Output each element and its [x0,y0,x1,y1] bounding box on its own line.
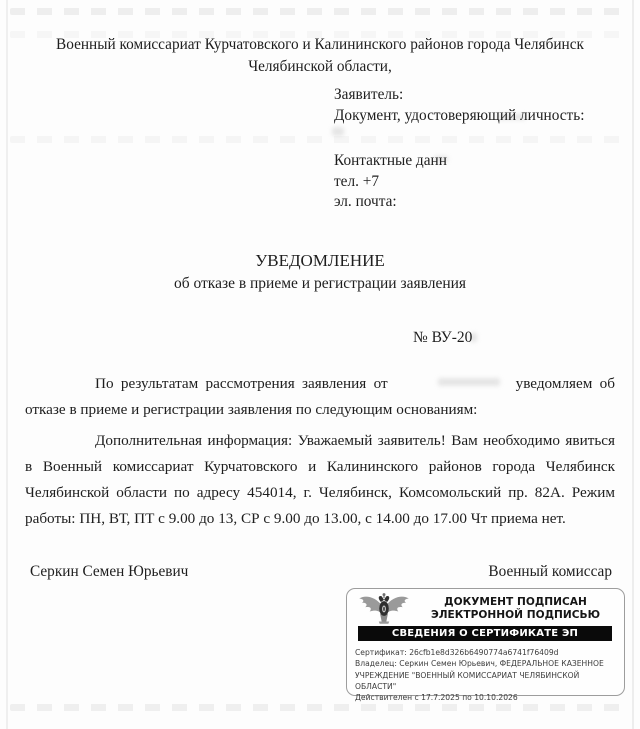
stamp-cert-header: СВЕДЕНИЯ О СЕРТИФИКАТЕ ЭП [358,626,612,641]
mod-eagle-emblem-icon [355,592,413,625]
notice-title: УВЕДОМЛЕНИЕ [0,249,640,272]
org-header: Военный комиссариат Курчатовского и Кали… [30,34,610,78]
redacted-date-gap [388,387,516,388]
contacts-label: Контактные данн [334,151,447,172]
applicant-block: Заявитель: Документ, удостоверяющий личн… [334,84,584,126]
signatory-position: Военный комиссар [488,563,612,581]
org-header-line1: Военный комиссариат Курчатовского и Кали… [30,34,610,56]
electronic-signature-stamp: ДОКУМЕНТ ПОДПИСАН ЭЛЕКТРОННОЙ ПОДПИСЬЮ С… [346,588,625,696]
applicant-label: Заявитель: [334,84,584,105]
stamp-certificate-number: Сертификат: 26cfb1e8d326b6490774a6741f76… [355,647,616,658]
scan-artifact-band-bottom [10,704,630,711]
stamp-details: Сертификат: 26cfb1e8d326b6490774a6741f76… [347,641,624,703]
body-paragraph-1: По результатам рассмотрения заявления от… [25,371,615,423]
scan-edge-right [632,0,634,729]
signatory-name: Серкин Семен Юрьевич [30,563,188,581]
scan-artifact-band-top [10,8,630,15]
stamp-owner-line2: УЧРЕЖДЕНИЕ "ВОЕННЫЙ КОМИССАРИАТ ЧЕЛЯБИНС… [355,670,616,693]
contact-email: эл. почта: [334,192,447,213]
p1-text-before-redaction: По результатам рассмотрения заявления от [95,375,388,392]
identity-doc-label: Документ, удостоверяющий личность: [334,105,584,126]
contact-phone: тел. +7 [334,172,447,193]
body-paragraph-1-line2: отказе в приеме и регистрации заявления … [25,397,615,423]
stamp-title: ДОКУМЕНТ ПОДПИСАН ЭЛЕКТРОННОЙ ПОДПИСЬЮ [413,596,618,622]
body-paragraph-1-line1: По результатам рассмотрения заявления от… [25,371,615,397]
stamp-title-line2: ЭЛЕКТРОННОЙ ПОДПИСЬЮ [413,609,618,622]
scan-edge-left [6,0,8,729]
stamp-owner-line1: Владелец: Серкин Семен Юрьевич, ФЕДЕРАЛЬ… [355,658,616,669]
signature-row: Серкин Семен Юрьевич Военный комиссар [30,563,612,581]
p1-text-after-redaction: уведомляем об [516,375,615,392]
scanned-notice-document: Военный комиссариат Курчатовского и Кали… [0,0,640,729]
body-paragraph-2: Дополнительная информация: Уважаемый зая… [25,428,615,532]
stamp-title-line1: ДОКУМЕНТ ПОДПИСАН [413,596,618,609]
org-header-line2: Челябинской области, [30,56,610,78]
stamp-header: ДОКУМЕНТ ПОДПИСАН ЭЛЕКТРОННОЙ ПОДПИСЬЮ [347,589,624,625]
stamp-validity: Действителен с 17.7.2025 по 10.10.2026 [355,692,616,703]
notice-subtitle: об отказе в приеме и регистрации заявлен… [0,272,640,295]
document-number: № ВУ-20 [413,329,472,347]
redaction-smudge [332,127,344,136]
scan-artifact-band-middle [10,136,630,143]
contacts-block: Контактные данн тел. +7 эл. почта: [334,151,447,213]
